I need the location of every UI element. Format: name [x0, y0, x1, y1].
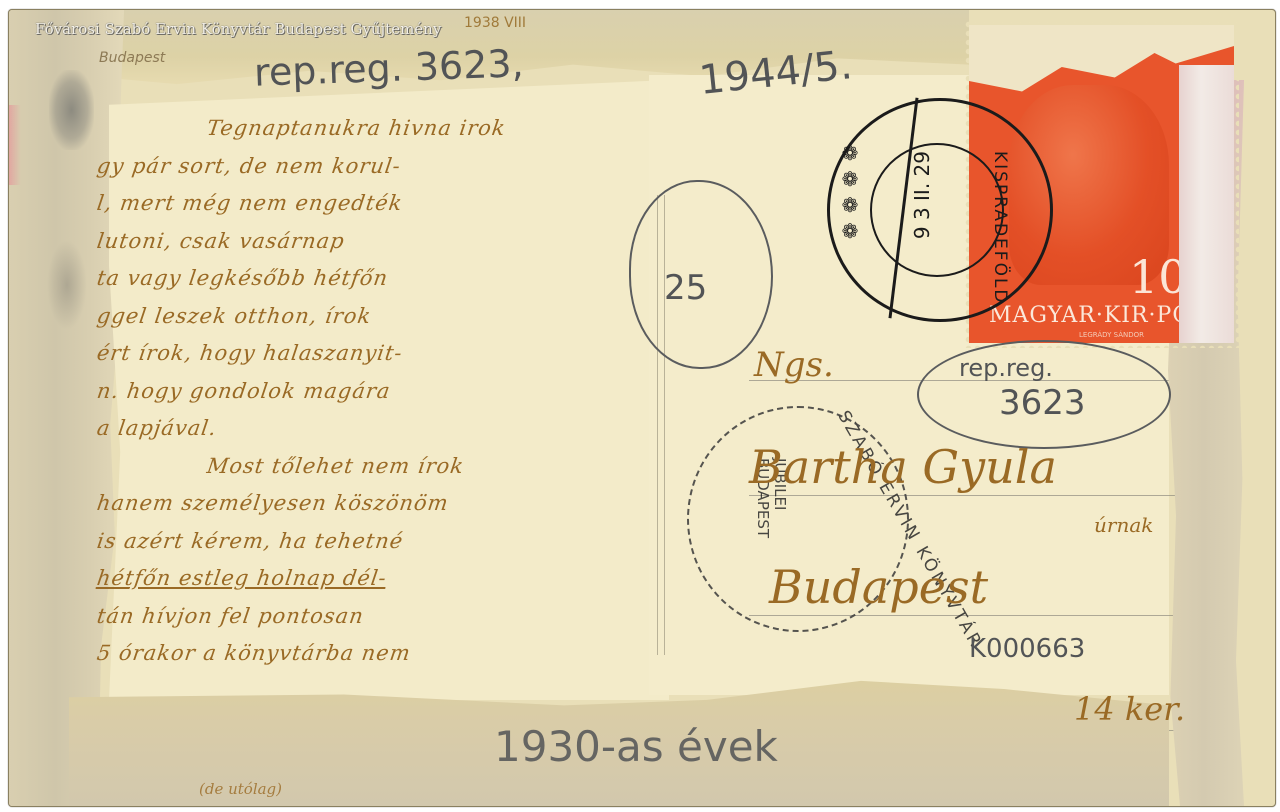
- message-line: hétfőn estleg holnap dél-: [94, 560, 659, 598]
- postmark-date: 9 3 II. 29: [910, 151, 934, 239]
- message-line: is azért kérem, ha tehetné: [94, 523, 659, 561]
- message-line: ért írok, hogy halaszanyit-: [94, 335, 659, 373]
- message-line: 5 órakor a könyvtárba nem: [94, 635, 659, 673]
- message-line: l, mert még nem engedték: [94, 185, 659, 223]
- stamp-engraver: LEGRÁDY SÁNDOR: [1079, 331, 1144, 339]
- postmark-ornament-icon: ❁❁❁❁: [838, 141, 862, 245]
- bottom-ink-note: (de utólag): [199, 780, 282, 798]
- message-line: gy pár sort, de nem korul-: [94, 148, 659, 186]
- address-name: Bartha Gyula: [749, 440, 1057, 494]
- message-line: ta vagy legkésőbb hétfőn: [94, 260, 659, 298]
- postmark-town-name: KISPRADEFÖLD: [990, 151, 1010, 305]
- message-line: lutoni, csak vasárnap: [94, 223, 659, 261]
- message-line: n. hogy gondolok magára: [94, 373, 659, 411]
- library-watermark: Fővárosi Szabó Ervin Könyvtár Budapest G…: [35, 20, 441, 38]
- message-line: tán hívjon fel pontosan: [94, 598, 659, 636]
- message-line: ggel leszek otthon, írok: [94, 298, 659, 336]
- message-line: Tegnaptanukra hivna irok: [94, 110, 659, 148]
- address-title: úrnak: [1094, 513, 1153, 537]
- pencil-registration: rep.reg. 3623,: [253, 41, 524, 94]
- stain: [49, 70, 94, 150]
- address-city: Budapest: [769, 560, 988, 614]
- postcard-back: 10 MAGYAR·KIR·POSTA LEGRÁDY SÁNDOR ❁❁❁❁ …: [8, 9, 1276, 807]
- inventory-number: K000663: [969, 634, 1085, 664]
- pencil-reg-number: 3623: [999, 383, 1086, 423]
- postmark-inner-ring: [870, 143, 1004, 277]
- address-salutation: Ngs.: [754, 345, 834, 385]
- address-district: 14 ker.: [1074, 690, 1185, 728]
- stamp-damage: [1179, 65, 1234, 343]
- message-line: hanem személyesen köszönöm: [94, 485, 659, 523]
- pencil-circled-number: 25: [664, 268, 707, 308]
- stain: [47, 240, 87, 330]
- stain: [9, 105, 21, 185]
- postmark-town: ❁❁❁❁ 9 3 II. 29 KISPRADEFÖLD: [827, 98, 1053, 322]
- message-line: a lapjával.: [94, 410, 659, 448]
- handwritten-message: Tegnaptanukra hivna irok gy pár sort, de…: [97, 110, 657, 673]
- pencil-bottom-note: 1930-as évek: [494, 722, 778, 771]
- pencil-year-note: 1938 VIII: [464, 15, 526, 31]
- pencil-place: Budapest: [99, 50, 165, 66]
- pencil-reg-label: rep.reg.: [959, 354, 1053, 382]
- message-line: Most tőlehet nem írok: [94, 448, 659, 486]
